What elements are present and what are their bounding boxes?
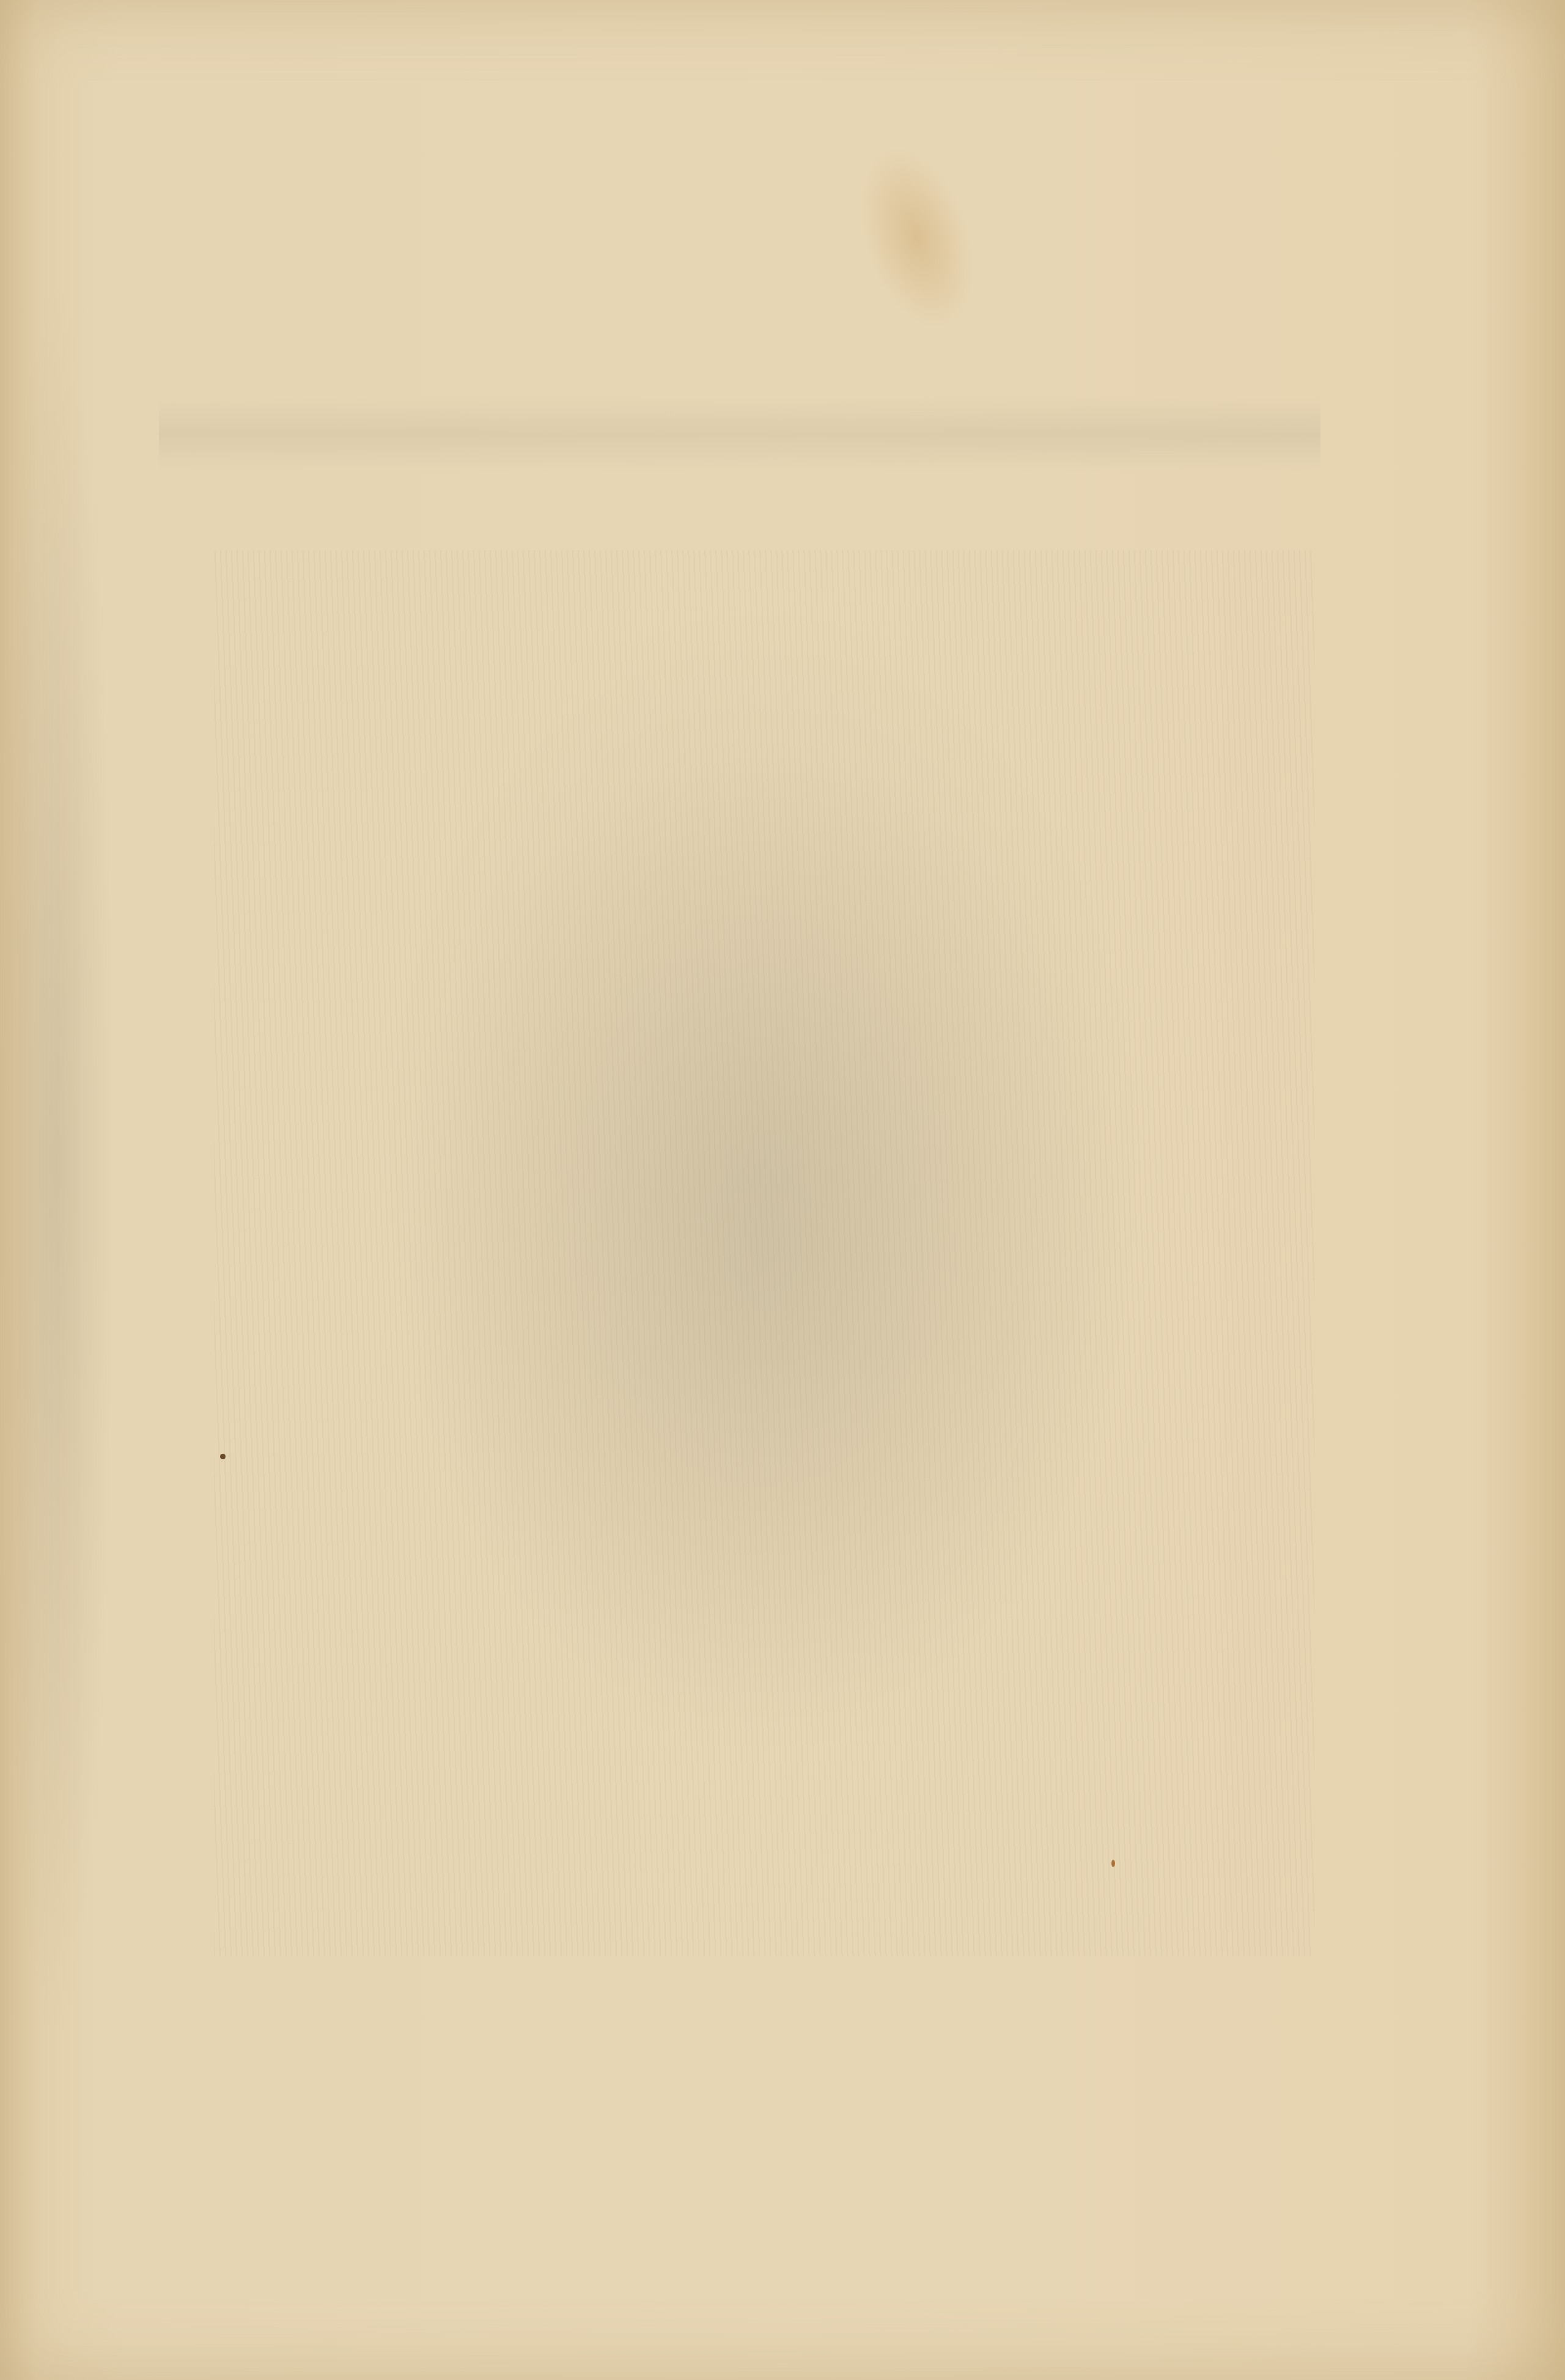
offset-smudge-area [214, 550, 1314, 1956]
offset-smudge-band [159, 397, 1320, 471]
dark-speck [220, 1454, 226, 1459]
orange-speck [1111, 1860, 1115, 1867]
blank-paper-sheet [0, 0, 1565, 2380]
foxing-stain [784, 70, 1037, 370]
